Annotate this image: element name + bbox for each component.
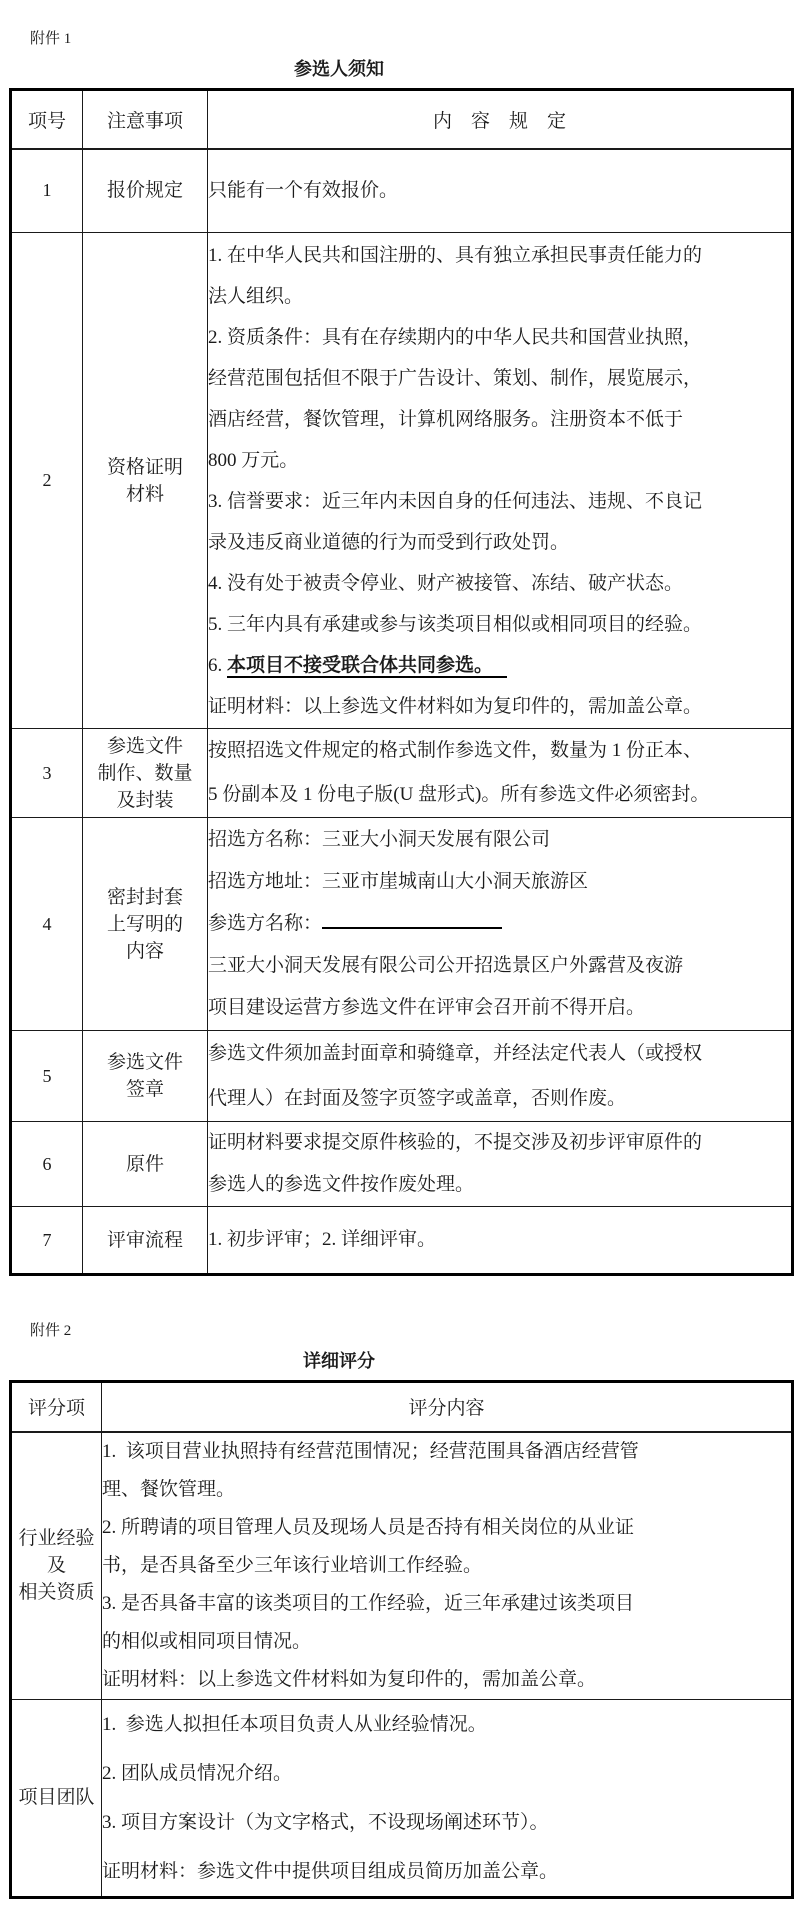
content-line: 3. 项目方案设计（为文字格式，不设现场阐述环节）。 xyxy=(102,1798,791,1847)
row-label-line: 评审流程 xyxy=(83,1227,207,1254)
table-row: 7 评审流程 1. 初步评审；2. 详细评审。 xyxy=(11,1207,793,1275)
header-cell-notice-item: 注意事项 xyxy=(83,90,208,149)
row-label-line: 资格证明 xyxy=(83,454,207,481)
content-line: 录及违反商业道德的行为而受到行政处罚。 xyxy=(208,522,791,563)
content-line: 证明材料：参选文件中提供项目组成员简历加盖公章。 xyxy=(102,1847,791,1896)
row-label-cell: 密封封套 上写明的 内容 xyxy=(83,818,208,1031)
table-row: 项目团队 1. 参选人拟担任本项目负责人从业经验情况。 2. 团队成员情况介绍。… xyxy=(11,1699,793,1897)
content-line: 证明材料：以上参选文件材料如为复印件的，需加盖公章。 xyxy=(208,686,791,727)
header-cell-item-no: 项号 xyxy=(11,90,83,149)
content-line: 参选文件须加盖封面章和骑缝章，并经法定代表人（或授权 xyxy=(208,1031,791,1076)
content-line: 800 万元。 xyxy=(208,440,791,481)
content-line: 招选方名称：三亚大小洞天发展有限公司 xyxy=(208,819,791,861)
row-label-line: 参选文件 xyxy=(83,733,207,760)
header-cell-score-item: 评分项 xyxy=(11,1382,102,1432)
table2-title: 详细评分 xyxy=(9,1346,669,1376)
score-table-header-row: 评分项 评分内容 xyxy=(11,1382,793,1432)
content-line: 项目建设运营方参选文件在评审会召开前不得开启。 xyxy=(208,987,791,1029)
content-line: 只能有一个有效报价。 xyxy=(208,169,791,213)
row-label-cell: 原件 xyxy=(83,1122,208,1207)
document-page: 附件 1 参选人须知 项号 注意事项 内 容 规 定 1 报价规定 只能有一个有… xyxy=(0,0,800,1899)
content-line: 证明材料：以上参选文件材料如为复印件的，需加盖公章。 xyxy=(102,1661,791,1699)
content-line: 理、餐饮管理。 xyxy=(102,1471,791,1509)
row-content-cell: 1. 在中华人民共和国注册的、具有独立承担民事责任能力的 法人组织。 2. 资质… xyxy=(208,233,793,729)
content-line-emphasized: 6. 本项目不接受联合体共同参选。 xyxy=(208,645,791,686)
fill-in-blank-underline xyxy=(322,912,502,929)
row-number-cell: 5 xyxy=(11,1031,83,1122)
content-line: 代理人）在封面及签字页签字或盖章，否则作废。 xyxy=(208,1076,791,1121)
content-line: 证明材料要求提交原件核验的，不提交涉及初步评审原件的 xyxy=(208,1122,791,1164)
row-label-line: 签章 xyxy=(83,1076,207,1103)
notice-table-header-row: 项号 注意事项 内 容 规 定 xyxy=(11,90,793,149)
content-line-with-blank: 参选方名称： xyxy=(208,903,791,945)
row-label-cell: 评审流程 xyxy=(83,1207,208,1275)
content-line: 1. 该项目营业执照持有经营范围情况；经营范围具备酒店经营管 xyxy=(102,1433,791,1471)
table-row: 行业经验及 相关资质 1. 该项目营业执照持有经营范围情况；经营范围具备酒店经营… xyxy=(11,1432,793,1700)
item-number-prefix: 6. xyxy=(208,655,227,676)
table-row: 6 原件 证明材料要求提交原件核验的，不提交涉及初步评审原件的 参选人的参选文件… xyxy=(11,1122,793,1207)
content-line: 书，是否具备至少三年该行业培训工作经验。 xyxy=(102,1547,791,1585)
table-row: 3 参选文件 制作、数量 及封装 按照招选文件规定的格式制作参选文件，数量为 1… xyxy=(11,729,793,818)
content-line: 2. 资质条件：具有在存续期内的中华人民共和国营业执照， xyxy=(208,317,791,358)
content-line: 酒店经营，餐饮管理，计算机网络服务。注册资本不低于 xyxy=(208,399,791,440)
row-number-cell: 6 xyxy=(11,1122,83,1207)
row-content-cell: 参选文件须加盖封面章和骑缝章，并经法定代表人（或授权 代理人）在封面及签字页签字… xyxy=(208,1031,793,1122)
row-label-line: 行业经验及 xyxy=(12,1525,101,1579)
content-line: 3. 是否具备丰富的该类项目的工作经验，近三年承建过该类项目 xyxy=(102,1585,791,1623)
table-row: 4 密封封套 上写明的 内容 招选方名称：三亚大小洞天发展有限公司 招选方地址：… xyxy=(11,818,793,1031)
row-number-cell: 1 xyxy=(11,149,83,233)
row-content-cell: 1. 该项目营业执照持有经营范围情况；经营范围具备酒店经营管 理、餐饮管理。 2… xyxy=(102,1432,793,1700)
row-label-line: 报价规定 xyxy=(83,177,207,204)
content-line: 2. 团队成员情况介绍。 xyxy=(102,1749,791,1798)
content-line: 1. 在中华人民共和国注册的、具有独立承担民事责任能力的 xyxy=(208,235,791,276)
row-number-cell: 2 xyxy=(11,233,83,729)
table1-title: 参选人须知 xyxy=(9,54,669,84)
table-row: 2 资格证明 材料 1. 在中华人民共和国注册的、具有独立承担民事责任能力的 法… xyxy=(11,233,793,729)
row-label-cell: 参选文件 制作、数量 及封装 xyxy=(83,729,208,818)
content-line: 经营范围包括但不限于广告设计、策划、制作，展览展示， xyxy=(208,358,791,399)
header-cell-score-content: 评分内容 xyxy=(102,1382,793,1432)
row-label-line: 制作、数量 xyxy=(83,760,207,787)
row-content-cell: 证明材料要求提交原件核验的，不提交涉及初步评审原件的 参选人的参选文件按作废处理… xyxy=(208,1122,793,1207)
row-number-cell: 3 xyxy=(11,729,83,818)
attachment-2-label: 附件 2 xyxy=(30,1320,791,1342)
row-label-line: 相关资质 xyxy=(12,1579,101,1606)
row-label-line: 上写明的 xyxy=(83,911,207,938)
no-consortium-emphasis-text: 本项目不接受联合体共同参选。 xyxy=(227,655,507,678)
row-label-line: 材料 xyxy=(83,481,207,508)
row-content-cell: 1. 初步评审；2. 详细评审。 xyxy=(208,1207,793,1275)
row-content-cell: 只能有一个有效报价。 xyxy=(208,149,793,233)
participant-name-label: 参选方名称： xyxy=(208,913,322,934)
content-line: 3. 信誉要求：近三年内未因自身的任何违法、违规、不良记 xyxy=(208,481,791,522)
content-line: 5. 三年内具有承建或参与该类项目相似或相同项目的经验。 xyxy=(208,604,791,645)
row-label-cell: 资格证明 材料 xyxy=(83,233,208,729)
content-line: 2. 所聘请的项目管理人员及现场人员是否持有相关岗位的从业证 xyxy=(102,1509,791,1547)
row-content-cell: 按照招选文件规定的格式制作参选文件，数量为 1 份正本、 5 份副本及 1 份电… xyxy=(208,729,793,818)
row-label-line: 密封封套 xyxy=(83,884,207,911)
header-cell-content-rule: 内 容 规 定 xyxy=(208,90,793,149)
row-label-line: 原件 xyxy=(83,1151,207,1178)
content-line: 三亚大小洞天发展有限公司公开招选景区户外露营及夜游 xyxy=(208,945,791,987)
row-content-cell: 1. 参选人拟担任本项目负责人从业经验情况。 2. 团队成员情况介绍。 3. 项… xyxy=(102,1699,793,1897)
content-line: 的相似或相同项目情况。 xyxy=(102,1623,791,1661)
content-line: 1. 初步评审；2. 详细评审。 xyxy=(208,1218,791,1262)
content-line: 4. 没有处于被责令停业、财产被接管、冻结、破产状态。 xyxy=(208,563,791,604)
row-number-cell: 7 xyxy=(11,1207,83,1275)
content-line: 5 份副本及 1 份电子版(U 盘形式)。所有参选文件必须密封。 xyxy=(208,773,791,817)
table-row: 1 报价规定 只能有一个有效报价。 xyxy=(11,149,793,233)
row-label-cell: 项目团队 xyxy=(11,1699,102,1897)
content-line: 招选方地址：三亚市崖城南山大小洞天旅游区 xyxy=(208,861,791,903)
notice-table: 项号 注意事项 内 容 规 定 1 报价规定 只能有一个有效报价。 2 资格证明… xyxy=(9,88,794,1276)
table-row: 5 参选文件 签章 参选文件须加盖封面章和骑缝章，并经法定代表人（或授权 代理人… xyxy=(11,1031,793,1122)
attachment-1-label: 附件 1 xyxy=(30,28,791,50)
row-label-line: 项目团队 xyxy=(12,1784,101,1811)
content-line: 法人组织。 xyxy=(208,276,791,317)
row-label-line: 及封装 xyxy=(83,787,207,814)
row-label-cell: 参选文件 签章 xyxy=(83,1031,208,1122)
content-line: 参选人的参选文件按作废处理。 xyxy=(208,1164,791,1206)
content-line: 1. 参选人拟担任本项目负责人从业经验情况。 xyxy=(102,1700,791,1749)
row-content-cell: 招选方名称：三亚大小洞天发展有限公司 招选方地址：三亚市崖城南山大小洞天旅游区 … xyxy=(208,818,793,1031)
row-label-cell: 行业经验及 相关资质 xyxy=(11,1432,102,1700)
row-number-cell: 4 xyxy=(11,818,83,1031)
row-label-cell: 报价规定 xyxy=(83,149,208,233)
content-line: 按照招选文件规定的格式制作参选文件，数量为 1 份正本、 xyxy=(208,729,791,773)
score-table: 评分项 评分内容 行业经验及 相关资质 1. 该项目营业执照持有经营范围情况；经… xyxy=(9,1380,794,1899)
row-label-line: 内容 xyxy=(83,938,207,965)
section-gap xyxy=(9,1276,791,1320)
row-label-line: 参选文件 xyxy=(83,1049,207,1076)
